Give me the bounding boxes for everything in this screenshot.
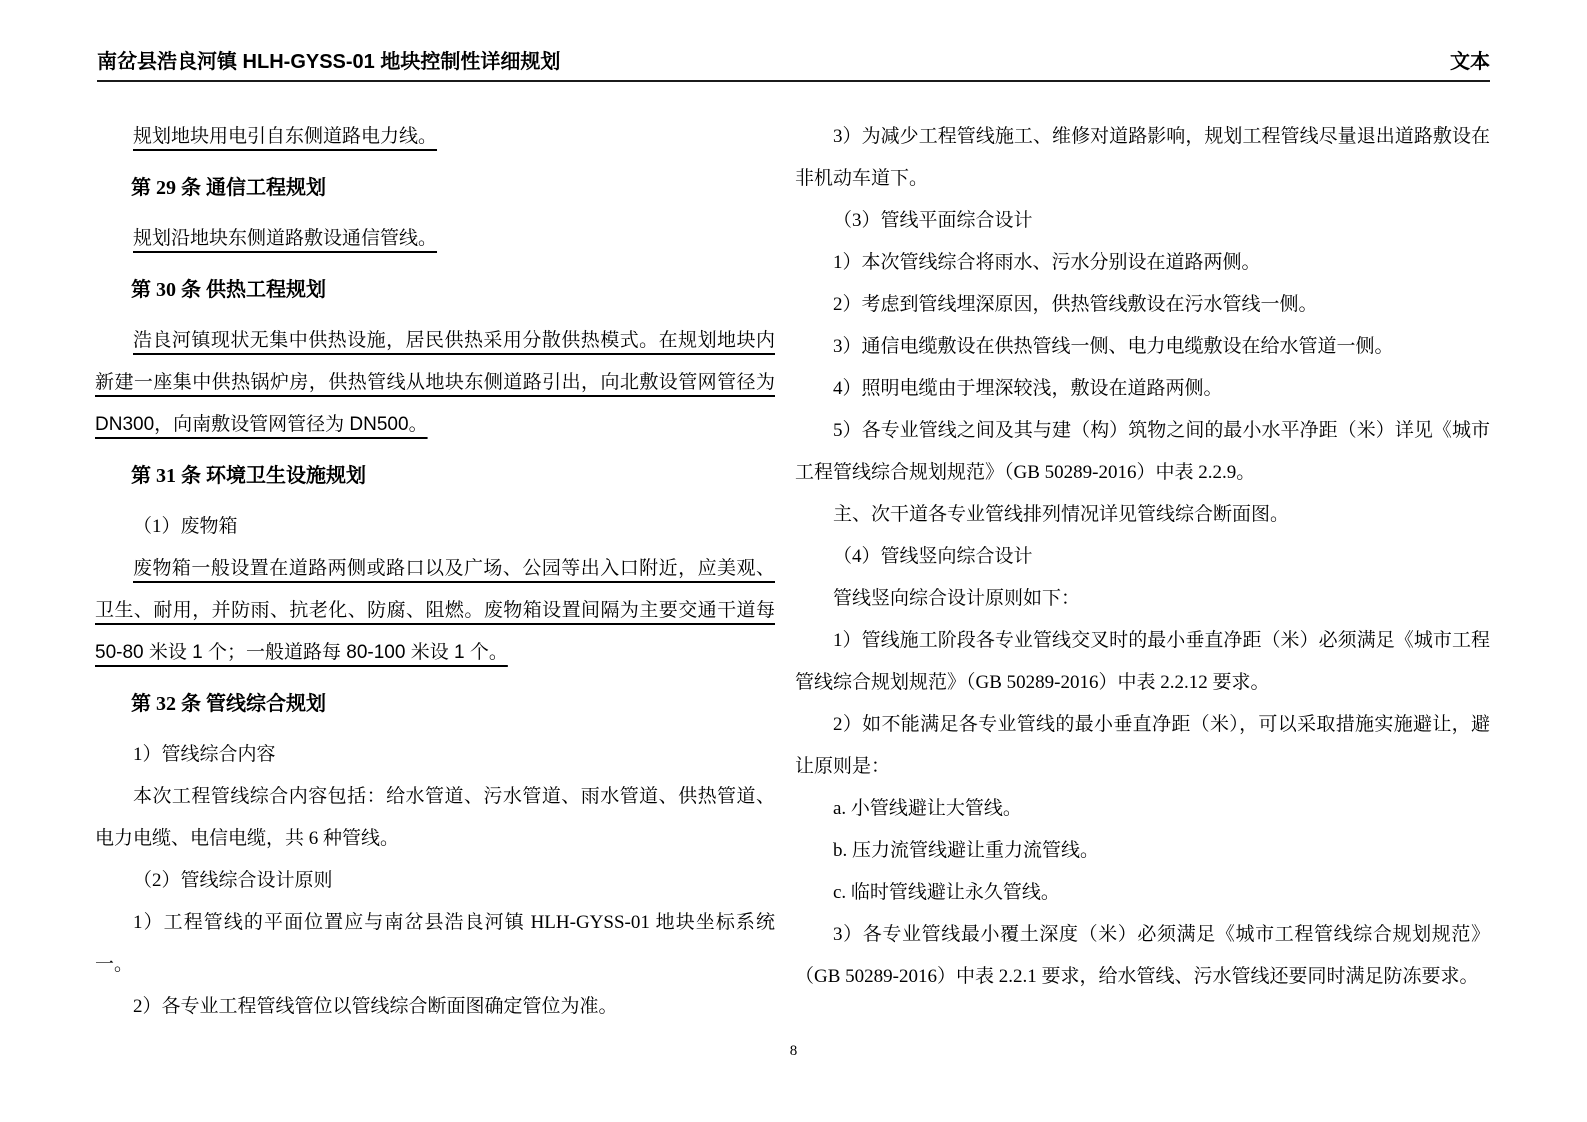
underlined-paragraph: 规划沿地块东侧道路敷设通信管线。 (95, 218, 775, 260)
paragraph: 3）为减少工程管线施工、维修对道路影响，规划工程管线尽量退出道路敷设在非机动车道… (795, 116, 1490, 200)
underlined-paragraph: 浩良河镇现状无集中供热设施，居民供热采用分散供热模式。在规划地块内新建一座集中供… (95, 320, 775, 446)
paragraph: （3）管线平面综合设计 (795, 200, 1490, 242)
paragraph: 4）照明电缆由于埋深较浅，敷设在道路两侧。 (795, 368, 1490, 410)
page-footer: 8 (0, 1042, 1587, 1060)
paragraph: 1）本次管线综合将雨水、污水分别设在道路两侧。 (795, 242, 1490, 284)
section-heading: 第 29 条 通信工程规划 (95, 167, 775, 209)
paragraph: b. 压力流管线避让重力流管线。 (795, 830, 1490, 872)
page-number: 8 (790, 1043, 798, 1059)
page-header: 南岔县浩良河镇 HLH-GYSS-01 地块控制性详细规划 文本 (97, 0, 1490, 82)
underlined-paragraph: 废物箱一般设置在道路两侧或路口以及广场、公园等出入口附近，应美观、卫生、耐用，并… (95, 548, 775, 674)
paragraph: 3）各专业管线最小覆土深度（米）必须满足《城市工程管线综合规划规范》（GB 50… (795, 914, 1490, 998)
paragraph: 5）各专业管线之间及其与建（构）筑物之间的最小水平净距（米）详见《城市工程管线综… (795, 410, 1490, 494)
document-page: 南岔县浩良河镇 HLH-GYSS-01 地块控制性详细规划 文本 规划地块用电引… (0, 0, 1587, 1122)
paragraph: c. 临时管线避让永久管线。 (795, 872, 1490, 914)
paragraph: a. 小管线避让大管线。 (795, 788, 1490, 830)
section-heading: 第 31 条 环境卫生设施规划 (95, 455, 775, 497)
paragraph: （2）管线综合设计原则 (95, 860, 775, 902)
section-heading: 第 30 条 供热工程规划 (95, 269, 775, 311)
paragraph: 1）管线综合内容 (95, 734, 775, 776)
paragraph: 1）管线施工阶段各专业管线交叉时的最小垂直净距（米）必须满足《城市工程管线综合规… (795, 620, 1490, 704)
paragraph: 3）通信电缆敷设在供热管线一侧、电力电缆敷设在给水管道一侧。 (795, 326, 1490, 368)
paragraph: （4）管线竖向综合设计 (795, 536, 1490, 578)
paragraph: 主、次干道各专业管线排列情况详见管线综合断面图。 (795, 494, 1490, 536)
paragraph: 1）工程管线的平面位置应与南岔县浩良河镇 HLH-GYSS-01 地块坐标系统一… (95, 902, 775, 986)
paragraph: 2）考虑到管线埋深原因，供热管线敷设在污水管线一侧。 (795, 284, 1490, 326)
right-column: 3）为减少工程管线施工、维修对道路影响，规划工程管线尽量退出道路敷设在非机动车道… (795, 116, 1490, 1028)
paragraph: 管线竖向综合设计原则如下： (795, 578, 1490, 620)
paragraph: 2）如不能满足各专业管线的最小垂直净距（米），可以采取措施实施避让，避让原则是： (795, 704, 1490, 788)
page-content: 规划地块用电引自东侧道路电力线。 第 29 条 通信工程规划 规划沿地块东侧道路… (95, 116, 1490, 1028)
paragraph: （1）废物箱 (95, 506, 775, 548)
underlined-paragraph: 规划地块用电引自东侧道路电力线。 (95, 116, 775, 158)
header-doc-label: 文本 (1450, 50, 1490, 74)
paragraph: 2）各专业工程管线管位以管线综合断面图确定管位为准。 (95, 986, 775, 1028)
header-title: 南岔县浩良河镇 HLH-GYSS-01 地块控制性详细规划 (97, 50, 560, 74)
paragraph: 本次工程管线综合内容包括：给水管道、污水管道、雨水管道、供热管道、电力电缆、电信… (95, 776, 775, 860)
left-column: 规划地块用电引自东侧道路电力线。 第 29 条 通信工程规划 规划沿地块东侧道路… (95, 116, 775, 1028)
section-heading: 第 32 条 管线综合规划 (95, 683, 775, 725)
